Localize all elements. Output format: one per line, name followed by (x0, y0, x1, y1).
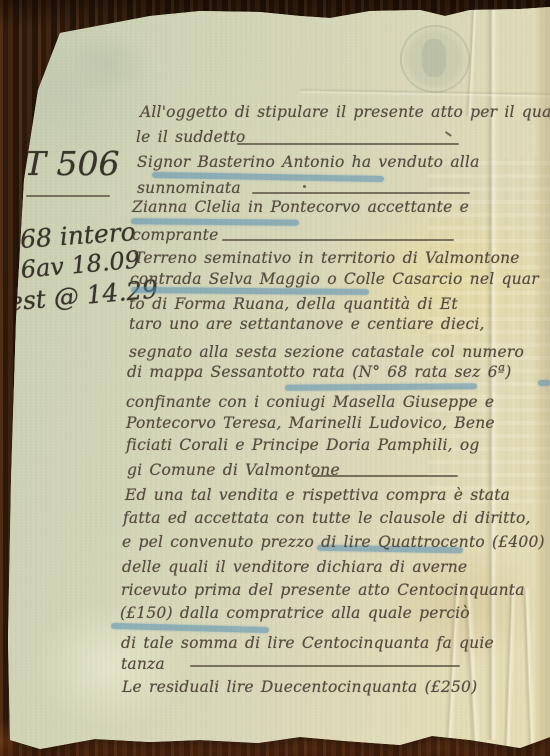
paper-shadow-wrap: T 506 68 intero '6av 18.09 est @ 14.29 A… (0, 0, 550, 756)
handwritten-line: sunnominata (137, 179, 241, 197)
handwritten-line: segnato alla sesta sezione catastale col… (129, 343, 524, 361)
ink-rule (222, 239, 454, 241)
blue-underline (538, 380, 550, 386)
handwritten-line: e pel convenuto prezzo di lire Quattroce… (122, 533, 545, 551)
handwritten-line: fatta ed accettata con tutte le clausole… (123, 509, 531, 527)
handwritten-line: Zianna Clelia in Pontecorvo accettante e (132, 198, 469, 216)
photo-of-notarial-document: T 506 68 intero '6av 18.09 est @ 14.29 A… (0, 0, 550, 756)
blue-underline (285, 383, 477, 391)
fold-crease (521, 588, 536, 754)
handwritten-line: comprante (132, 226, 218, 244)
handwritten-line: to di Forma Ruana, della quantità di Et (129, 295, 458, 313)
handwritten-line: ricevuto prima del presente atto Centoci… (121, 581, 525, 599)
blue-underline (131, 218, 299, 225)
handwritten-line: taro uno are settantanove e centiare die… (129, 315, 485, 333)
handwritten-line: Signor Basterino Antonio ha venduto alla (137, 153, 480, 171)
handwritten-line: gi Comune di Valmontone (127, 461, 340, 479)
embossed-stamp (400, 25, 470, 93)
handwritten-line: All'oggetto di stipulare il presente att… (140, 103, 550, 121)
margin-note: T 506 (24, 144, 120, 183)
fold-crease (300, 88, 550, 98)
handwritten-line: Pontecorvo Teresa, Marinelli Ludovico, B… (126, 414, 495, 432)
handwritten-line: confinante con i coniugi Masella Giusepp… (126, 393, 494, 411)
handwritten-line: tanza (121, 655, 165, 673)
faint-smudge (70, 32, 148, 94)
ink-dot (303, 185, 306, 188)
handwritten-line: (£150) dalla compratrice alla quale perc… (120, 604, 470, 622)
handwritten-line: le il suddetto (136, 128, 245, 146)
handwritten-line: di mappa Sessantotto rata (N° 68 rata se… (127, 363, 511, 381)
ink-rule (190, 665, 460, 667)
ink-rule (237, 143, 459, 145)
handwritten-line: contrada Selva Maggio o Colle Casarcio n… (130, 270, 539, 288)
fold-crease (502, 584, 517, 754)
handwritten-line: Le residuali lire Duecentocinquanta (£25… (122, 678, 477, 696)
ink-accent (445, 131, 452, 136)
handwritten-line: Ed una tal vendita e rispettiva compra è… (125, 486, 510, 504)
paper-sheet: T 506 68 intero '6av 18.09 est @ 14.29 A… (0, 0, 550, 756)
handwritten-line: di tale somma di lire Centocinquanta fa … (121, 634, 494, 652)
fold-crease (465, 6, 478, 116)
ink-rule (252, 192, 470, 194)
blue-underline (111, 623, 269, 633)
handwritten-line: ficiati Corali e Principe Doria Pamphili… (126, 436, 480, 454)
blue-underline (131, 287, 369, 295)
handwritten-line: Terreno seminativo in territorio di Valm… (134, 249, 520, 267)
ink-rule (26, 195, 110, 197)
handwritten-line: delle quali il venditore dichiara di ave… (122, 558, 467, 576)
